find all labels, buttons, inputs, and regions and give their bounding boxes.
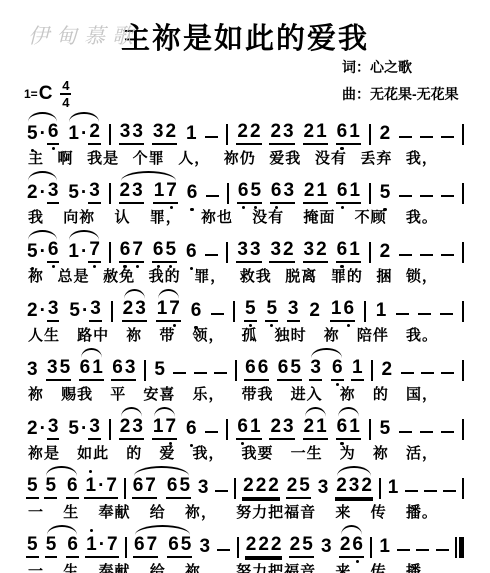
note-char: 1 xyxy=(84,475,97,499)
note-char: 3 xyxy=(269,239,282,263)
note-char: 2 xyxy=(242,475,255,499)
note-group: 222 xyxy=(242,475,280,499)
note-group: 3 xyxy=(287,298,300,322)
note-char: 5 xyxy=(379,182,392,204)
lyric-syllable: 锁， xyxy=(406,268,438,286)
note-char: 7 xyxy=(146,534,159,558)
lyric-syllable: 罪的 xyxy=(331,268,363,286)
lyric-syllable: 生 xyxy=(63,504,79,522)
lyrics-line: 祢是如此的爱我，我要一生为祢活， xyxy=(24,445,466,463)
lyrics-line: 祢赐我平安喜乐，带我进入祢的国， xyxy=(24,386,466,404)
barline xyxy=(124,478,126,499)
dash-rest xyxy=(418,313,431,316)
note-char: 2 xyxy=(269,121,282,145)
note-group: 5·6 xyxy=(26,239,59,263)
note-char: 6 xyxy=(185,418,198,440)
dash-rest xyxy=(205,254,218,257)
note-char: 2 xyxy=(119,416,132,440)
note-char: 6 xyxy=(190,300,203,322)
time-numerator: 4 xyxy=(62,79,69,92)
note-char: 6 xyxy=(47,239,60,263)
note-char: 1 xyxy=(348,121,361,145)
note-group: 5 xyxy=(244,298,257,322)
lyric-syllable: 一 xyxy=(28,563,44,573)
lyric-syllable: 脱离 xyxy=(285,268,317,286)
lyric-syllable: 个罪 xyxy=(133,150,165,168)
score-line: 2·35·3231765532161人生路中祢带领，孤独时祢陪伴我。 xyxy=(24,298,466,345)
note-char: 3 xyxy=(134,298,147,322)
note-char: · xyxy=(39,418,47,440)
note-char: 3 xyxy=(131,121,144,145)
lyric-syllable: 奉献 xyxy=(98,504,130,522)
dash-rest xyxy=(420,195,433,198)
octave-dot-low xyxy=(341,206,344,209)
dash-rest xyxy=(420,431,433,434)
note-char: 5 xyxy=(301,534,314,558)
lyric-syllable: 进入 xyxy=(291,386,323,404)
lyric-syllable: 人生 xyxy=(28,327,60,345)
lyric-syllable: 罪， xyxy=(194,268,226,286)
dash-rest xyxy=(420,254,433,257)
note-char: 5 xyxy=(67,418,80,440)
note-group: 61 xyxy=(336,416,361,440)
lyric-syllable: 我要 xyxy=(242,445,274,463)
barline xyxy=(369,124,371,145)
note-group: 65 xyxy=(237,180,262,204)
note-char: 2 xyxy=(380,359,393,381)
note-char: 6 xyxy=(66,534,79,558)
note-char: · xyxy=(39,182,47,204)
note-group: 1·7 xyxy=(67,239,100,263)
note-group: 3 xyxy=(197,477,210,499)
lyric-syllable: 爱 xyxy=(159,445,175,463)
dash-rest xyxy=(443,490,456,493)
lyric-syllable: 祢 xyxy=(28,268,44,286)
note-char: 1 xyxy=(152,416,165,440)
note-char: · xyxy=(39,123,47,145)
lyric-syllable: 没有 xyxy=(252,209,284,227)
barline xyxy=(233,301,235,322)
note-char: 6 xyxy=(270,180,283,204)
dash-rest xyxy=(399,254,412,257)
dash-rest xyxy=(397,549,410,552)
barline xyxy=(462,419,464,440)
note-group: 1·2 xyxy=(67,121,100,145)
note-char: · xyxy=(80,418,88,440)
lyric-syllable: 赦免 xyxy=(103,268,135,286)
octave-dot-low xyxy=(157,265,160,268)
note-char: 7 xyxy=(106,534,119,558)
dash-rest xyxy=(205,136,218,139)
note-char: 5 xyxy=(164,239,177,263)
note-group: 6 xyxy=(185,418,198,440)
note-char: 3 xyxy=(119,121,132,145)
score-line: 5561·7676532222532321一生奉献给祢，努力把福音来传播。 xyxy=(24,475,466,522)
note-group: 2·3 xyxy=(26,298,59,322)
octave-dot-low xyxy=(190,444,193,447)
music-line: 3356163566653612 xyxy=(24,357,466,381)
dash-rest xyxy=(215,490,228,493)
note-group: 5·3 xyxy=(67,180,100,204)
note-char: 1 xyxy=(348,416,361,440)
lyrics-line: 一生奉献给祢，努力把福音来传播。 xyxy=(24,504,466,522)
note-char: 1 xyxy=(349,180,362,204)
octave-dot-high xyxy=(89,470,92,473)
note-group: 21 xyxy=(303,416,328,440)
music-line: 5·61·767656333232612 xyxy=(24,239,466,263)
note-char: 2 xyxy=(308,300,321,322)
dash-rest xyxy=(206,195,219,198)
note-group: 2 xyxy=(379,123,392,145)
note-group: 63 xyxy=(111,357,136,381)
note-group: 23 xyxy=(269,121,294,145)
barline xyxy=(226,419,228,440)
note-group: 2 xyxy=(380,359,393,381)
note-char: 2 xyxy=(122,298,135,322)
note-char: 1 xyxy=(67,123,80,145)
note-char: 6 xyxy=(244,357,257,381)
lyric-syllable: 不顾 xyxy=(355,209,387,227)
lyric-syllable: 来 xyxy=(335,563,351,573)
note-group: 1 xyxy=(378,536,391,558)
note-group: 6 xyxy=(186,182,199,204)
note-group: 6765 xyxy=(133,534,192,558)
lyric-syllable: 啊 xyxy=(58,150,74,168)
note-char: 6 xyxy=(342,298,355,322)
lyric-syllable: 丢弃 xyxy=(360,150,392,168)
note-char: 6 xyxy=(133,534,146,558)
barline xyxy=(109,124,111,145)
note-char: 1 xyxy=(153,180,166,204)
note-char: 2 xyxy=(339,534,352,558)
lyric-syllable: 传 xyxy=(371,563,387,573)
note-group: 3 xyxy=(199,536,212,558)
note-char: 1 xyxy=(315,121,328,145)
music-line: 2·35·323176612321615 xyxy=(24,416,466,440)
note-char: 5 xyxy=(26,534,39,558)
barline xyxy=(227,183,229,204)
note-char: 6 xyxy=(79,357,92,381)
note-char: 3 xyxy=(348,475,361,499)
barline xyxy=(235,360,237,381)
note-char: · xyxy=(97,475,105,499)
note-char: 6 xyxy=(186,182,199,204)
lyric-syllable: 来 xyxy=(335,504,351,522)
note-char: 2 xyxy=(164,121,177,145)
lyric-syllable: 祢仍 xyxy=(224,150,256,168)
dash-rest xyxy=(441,254,454,257)
note-char: 1 xyxy=(378,536,391,558)
dash-rest xyxy=(217,549,230,552)
lyric-syllable: 陪伴 xyxy=(357,327,389,345)
note-group: 17 xyxy=(152,416,177,440)
lyricist-row: 词：心之歌 xyxy=(24,57,466,77)
barline xyxy=(370,537,372,558)
note-char: 2 xyxy=(267,475,280,499)
lyric-syllable: 人， xyxy=(178,150,210,168)
dash-rest xyxy=(405,490,418,493)
lyric-syllable: 捆 xyxy=(376,268,392,286)
barline xyxy=(462,183,464,204)
note-char: 3 xyxy=(124,357,137,381)
octave-dot-low xyxy=(123,265,126,268)
note-char: 6 xyxy=(237,180,250,204)
lyric-syllable: 的 xyxy=(373,386,389,404)
note-group: 32 xyxy=(152,121,177,145)
note-char: 5 xyxy=(244,298,257,322)
lyrics-line: 主啊我是个罪人，祢仍爱我没有丢弃我， xyxy=(24,150,466,168)
lyric-syllable: 认 xyxy=(114,209,130,227)
note-char: 6 xyxy=(336,121,349,145)
note-char: 2 xyxy=(255,475,268,499)
barline xyxy=(109,242,111,263)
note-char: 3 xyxy=(47,298,60,322)
note-char: 2 xyxy=(26,182,39,204)
sheet-music-page: 伊甸慕歌 主祢是如此的爱我 词：心之歌 1=C 4 4 曲：无花果-无花果 5·… xyxy=(0,0,490,573)
note-group: 5·3 xyxy=(68,298,101,322)
note-group: 2 xyxy=(379,241,392,263)
barline xyxy=(111,301,113,322)
dash-rest xyxy=(440,313,453,316)
note-char: 5 xyxy=(59,357,72,381)
lyric-syllable: 总是 xyxy=(58,268,90,286)
note-char: · xyxy=(81,300,89,322)
octave-dot-high xyxy=(90,529,93,532)
note-group: 1 xyxy=(185,123,198,145)
lyric-syllable: 国， xyxy=(406,386,438,404)
lyric-syllable: 路中 xyxy=(77,327,109,345)
note-group: 61 xyxy=(79,357,104,381)
note-group: 32 xyxy=(303,239,328,263)
lyric-syllable: 赐我 xyxy=(61,386,93,404)
watermark: 伊甸慕歌 xyxy=(28,20,140,50)
note-group: 5 xyxy=(26,534,39,558)
time-signature: 4 4 xyxy=(60,79,71,109)
barline xyxy=(379,478,381,499)
lyric-syllable: 一 xyxy=(28,504,44,522)
note-char: 2 xyxy=(282,239,295,263)
note-group: 56 xyxy=(44,475,78,499)
note-group: 61 xyxy=(236,416,261,440)
note-char: 2 xyxy=(379,123,392,145)
note-char: 2 xyxy=(303,416,316,440)
note-char: 3 xyxy=(131,180,144,204)
barline xyxy=(237,537,239,558)
note-group: 1 xyxy=(351,357,364,381)
barline xyxy=(462,301,464,322)
note-char: 1 xyxy=(375,300,388,322)
note-char: 1 xyxy=(67,241,80,263)
octave-dot-low xyxy=(383,208,386,211)
lyric-syllable: 孤 xyxy=(242,327,258,345)
note-group: 5·6 xyxy=(26,121,59,145)
note-group: 61 xyxy=(336,239,361,263)
note-char: 2 xyxy=(245,534,258,558)
note-char: 1 xyxy=(348,239,361,263)
note-char: 6 xyxy=(277,357,290,381)
barline xyxy=(234,478,236,499)
dash-rest xyxy=(399,195,412,198)
note-group: 5 xyxy=(153,359,166,381)
note-group: 1 xyxy=(375,300,388,322)
barline xyxy=(369,419,371,440)
note-group: 63 xyxy=(270,180,295,204)
final-barline xyxy=(455,537,464,558)
note-group: 33 xyxy=(236,239,261,263)
barline xyxy=(125,537,127,558)
lyric-syllable: 祢 xyxy=(126,327,142,345)
note-char: 6 xyxy=(132,475,145,499)
octave-dot-low xyxy=(275,206,278,209)
lyric-syllable: 如此 xyxy=(77,445,109,463)
barline xyxy=(462,242,464,263)
note-char: 3 xyxy=(46,357,59,381)
note-char: 3 xyxy=(47,180,60,204)
note-char: 6 xyxy=(47,121,60,145)
dash-rest xyxy=(441,195,454,198)
dash-rest xyxy=(420,136,433,139)
note-char: 5 xyxy=(68,300,81,322)
lyric-syllable: 没有 xyxy=(315,150,347,168)
note-char: 7 xyxy=(168,298,181,322)
note-group: 21 xyxy=(303,121,328,145)
final-barline-thick xyxy=(459,537,464,558)
note-group: 16 xyxy=(330,298,355,322)
note-char: 2 xyxy=(269,416,282,440)
octave-dot-low xyxy=(249,324,252,327)
note-char: 1 xyxy=(185,123,198,145)
barline xyxy=(369,183,371,204)
note-group: 61 xyxy=(336,180,361,204)
lyric-syllable: 领， xyxy=(192,327,224,345)
lyric-syllable: 罪， xyxy=(150,209,182,227)
note-char: 5 xyxy=(153,359,166,381)
lyric-syllable: 我。 xyxy=(406,327,438,345)
dash-rest xyxy=(441,136,454,139)
dash-rest xyxy=(396,313,409,316)
note-char: · xyxy=(39,300,47,322)
note-char: 2 xyxy=(360,475,373,499)
note-char: 3 xyxy=(197,477,210,499)
note-char: · xyxy=(39,241,47,263)
barline xyxy=(226,242,228,263)
time-denominator: 4 xyxy=(62,96,69,109)
note-group: 35 xyxy=(46,357,71,381)
barline xyxy=(371,360,373,381)
note-char: 3 xyxy=(303,239,316,263)
lyric-syllable: 祢 xyxy=(373,445,389,463)
note-char: 5 xyxy=(26,123,39,145)
lyric-syllable: 给 xyxy=(150,563,166,573)
note-char: 3 xyxy=(317,477,330,499)
note-char: 7 xyxy=(165,180,178,204)
lyric-syllable: 我 xyxy=(28,209,44,227)
note-group: 65 xyxy=(277,357,302,381)
octave-dot-low xyxy=(190,267,193,270)
score: 5·61·233321222321612主啊我是个罪人，祢仍爱我没有丢弃我，2·… xyxy=(24,121,466,573)
note-char: 3 xyxy=(282,180,295,204)
lyric-syllable: 祢 xyxy=(340,386,356,404)
lyric-syllable: 祢， xyxy=(185,563,217,573)
note-char: 7 xyxy=(88,239,101,263)
octave-dot-low xyxy=(190,208,193,211)
lyric-syllable: 祢是 xyxy=(28,445,60,463)
note-char: 5 xyxy=(249,180,262,204)
note-char: 3 xyxy=(89,298,102,322)
lyric-syllable: 为 xyxy=(340,445,356,463)
note-char: 3 xyxy=(320,536,333,558)
octave-dot-low xyxy=(52,265,55,268)
note-group: 3 xyxy=(320,536,333,558)
note-char: 6 xyxy=(336,416,349,440)
note-char: 6 xyxy=(336,239,349,263)
lyricist-credit: 词：心之歌 xyxy=(342,57,466,77)
score-line: 5·61·233321222321612主啊我是个罪人，祢仍爱我没有丢弃我， xyxy=(24,121,466,168)
barline xyxy=(369,242,371,263)
lyric-syllable: 我。 xyxy=(406,209,438,227)
note-char: 5 xyxy=(26,241,39,263)
lyric-syllable: 播。 xyxy=(406,563,438,573)
note-group: 25 xyxy=(289,534,314,558)
barline xyxy=(462,124,464,145)
note-char: 6 xyxy=(336,180,349,204)
octave-dot-low xyxy=(194,326,197,329)
note-group: 1·7 xyxy=(85,534,118,558)
dash-rest xyxy=(399,431,412,434)
note-group: 2·3 xyxy=(26,180,59,204)
barline xyxy=(144,360,146,381)
lyric-syllable: 播。 xyxy=(406,504,438,522)
note-group: 61 xyxy=(336,121,361,145)
barline xyxy=(462,478,464,499)
lyric-syllable: 的 xyxy=(126,445,142,463)
note-char: 1 xyxy=(315,180,328,204)
note-char: 5 xyxy=(67,182,80,204)
barline xyxy=(364,301,366,322)
lyrics-line: 人生路中祢带领，孤独时祢陪伴我。 xyxy=(24,327,466,345)
lyric-syllable: 平 xyxy=(110,386,126,404)
note-char: 2 xyxy=(289,534,302,558)
note-char: 1 xyxy=(85,534,98,558)
dash-rest xyxy=(214,372,227,375)
note-char: 1 xyxy=(315,416,328,440)
lyric-syllable: 爱我 xyxy=(269,150,301,168)
note-group: 5 xyxy=(265,298,278,322)
note-char: · xyxy=(80,241,88,263)
octave-dot-low xyxy=(340,147,343,150)
note-group: 65 xyxy=(152,239,177,263)
lyric-syllable: 救我 xyxy=(240,268,272,286)
note-char: 6 xyxy=(185,241,198,263)
note-group: 21 xyxy=(303,180,328,204)
dash-rest xyxy=(211,313,224,316)
note-char: 3 xyxy=(88,416,101,440)
note-char: 2 xyxy=(119,180,132,204)
note-char: 3 xyxy=(282,121,295,145)
lyrics-line: 一生奉献给祢，努力把福音来传播。 xyxy=(24,563,466,573)
lyric-syllable: 我的 xyxy=(149,268,181,286)
note-group: 5 xyxy=(26,475,39,499)
note-group: 56 xyxy=(45,534,79,558)
music-line: 5·61·233321222321612 xyxy=(24,121,466,145)
note-group: 222 xyxy=(245,534,283,558)
note-group: 6765 xyxy=(132,475,191,499)
lyric-syllable: 我， xyxy=(192,445,224,463)
note-group: 2 xyxy=(308,300,321,322)
note-group: 5 xyxy=(379,182,392,204)
note-group: 66 xyxy=(244,357,269,381)
note-char: 3 xyxy=(26,359,39,381)
